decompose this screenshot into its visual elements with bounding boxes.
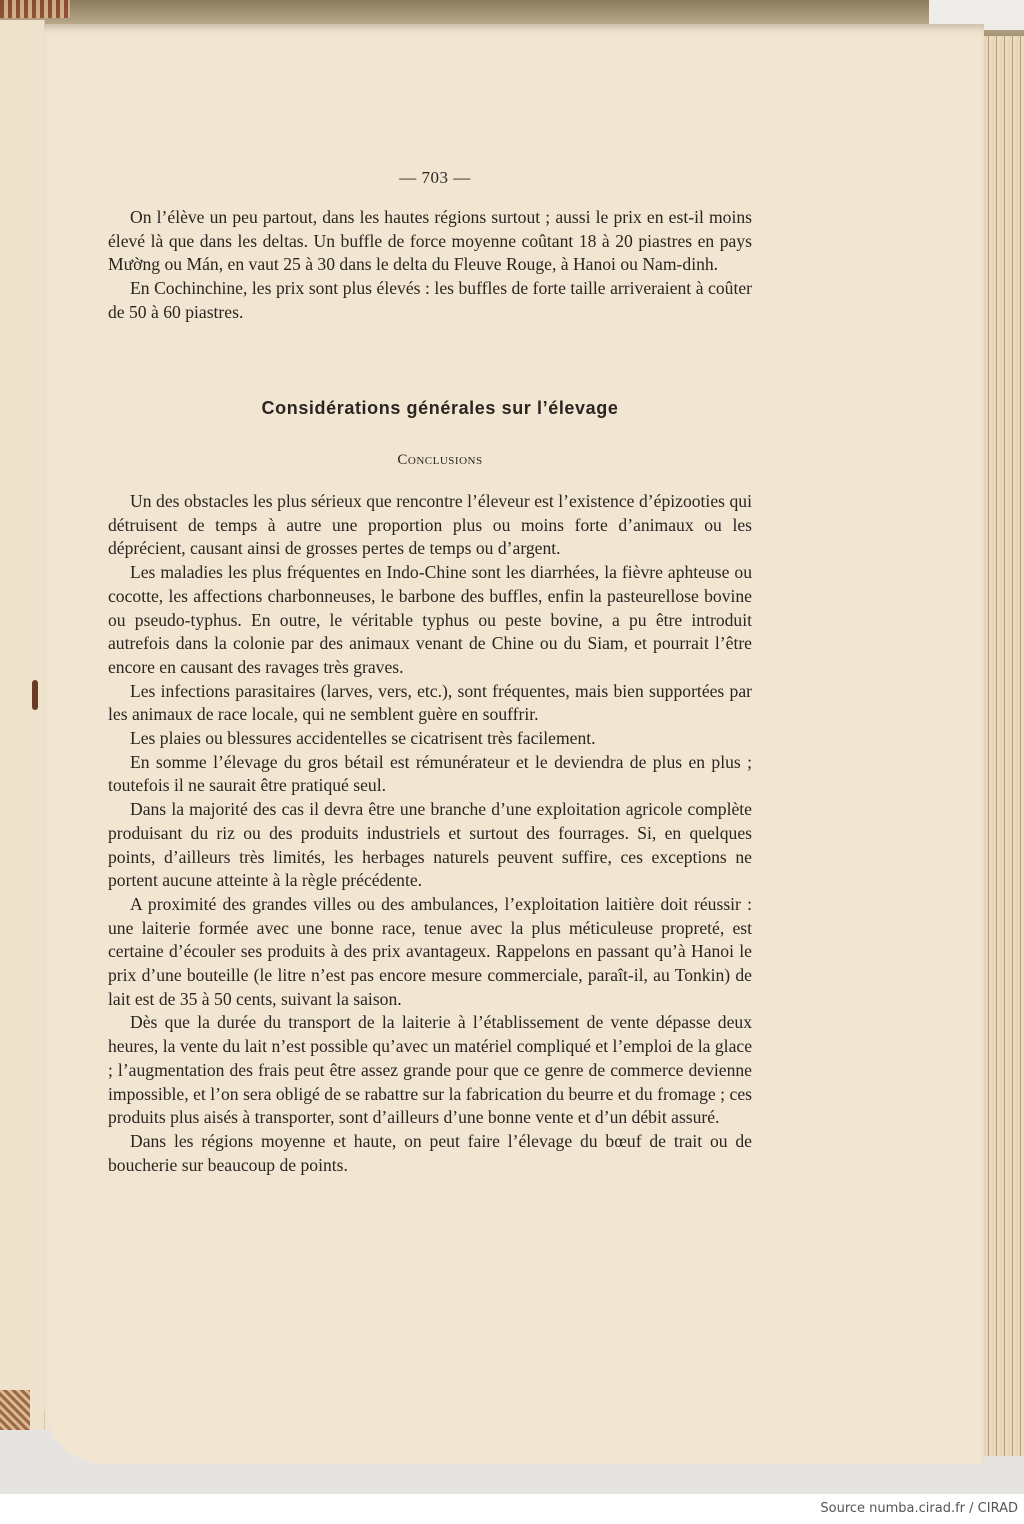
section-title: Considérations générales sur l’élevage xyxy=(100,398,780,419)
paragraph: Les plaies ou blessures accidentelles se… xyxy=(108,727,752,751)
page-stack-edges xyxy=(984,36,1024,1456)
paragraph: Dès que la durée du transport de la lait… xyxy=(108,1011,752,1130)
paragraph: Dans les régions moyenne et haute, on pe… xyxy=(108,1130,752,1177)
page-number: — 703 — xyxy=(380,168,490,188)
paragraph: A proximité des grandes villes ou des am… xyxy=(108,893,752,1012)
subsection-title: Conclusions xyxy=(300,452,580,469)
paragraph: Les maladies les plus fréquentes en Indo… xyxy=(108,561,752,680)
paragraph: En Cochinchine, les prix sont plus élevé… xyxy=(108,277,752,324)
page-mark xyxy=(32,680,38,710)
cloth-binding-bottom xyxy=(0,1390,30,1430)
paragraph: On l’élève un peu partout, dans les haut… xyxy=(108,206,752,277)
source-credit: Source numba.cirad.fr / CIRAD xyxy=(820,1501,1018,1516)
left-page-edge xyxy=(0,20,45,1430)
paragraph: Dans la majorité des cas il devra être u… xyxy=(108,798,752,893)
cloth-binding xyxy=(0,0,70,18)
paragraph: Un des obstacles les plus sérieux que re… xyxy=(108,490,752,561)
intro-text: On l’élève un peu partout, dans les haut… xyxy=(108,206,752,325)
paragraph: Les infections parasitaires (larves, ver… xyxy=(108,680,752,727)
paragraph: En somme l’élevage du gros bétail est ré… xyxy=(108,751,752,798)
conclusions-text: Un des obstacles les plus sérieux que re… xyxy=(108,490,752,1177)
